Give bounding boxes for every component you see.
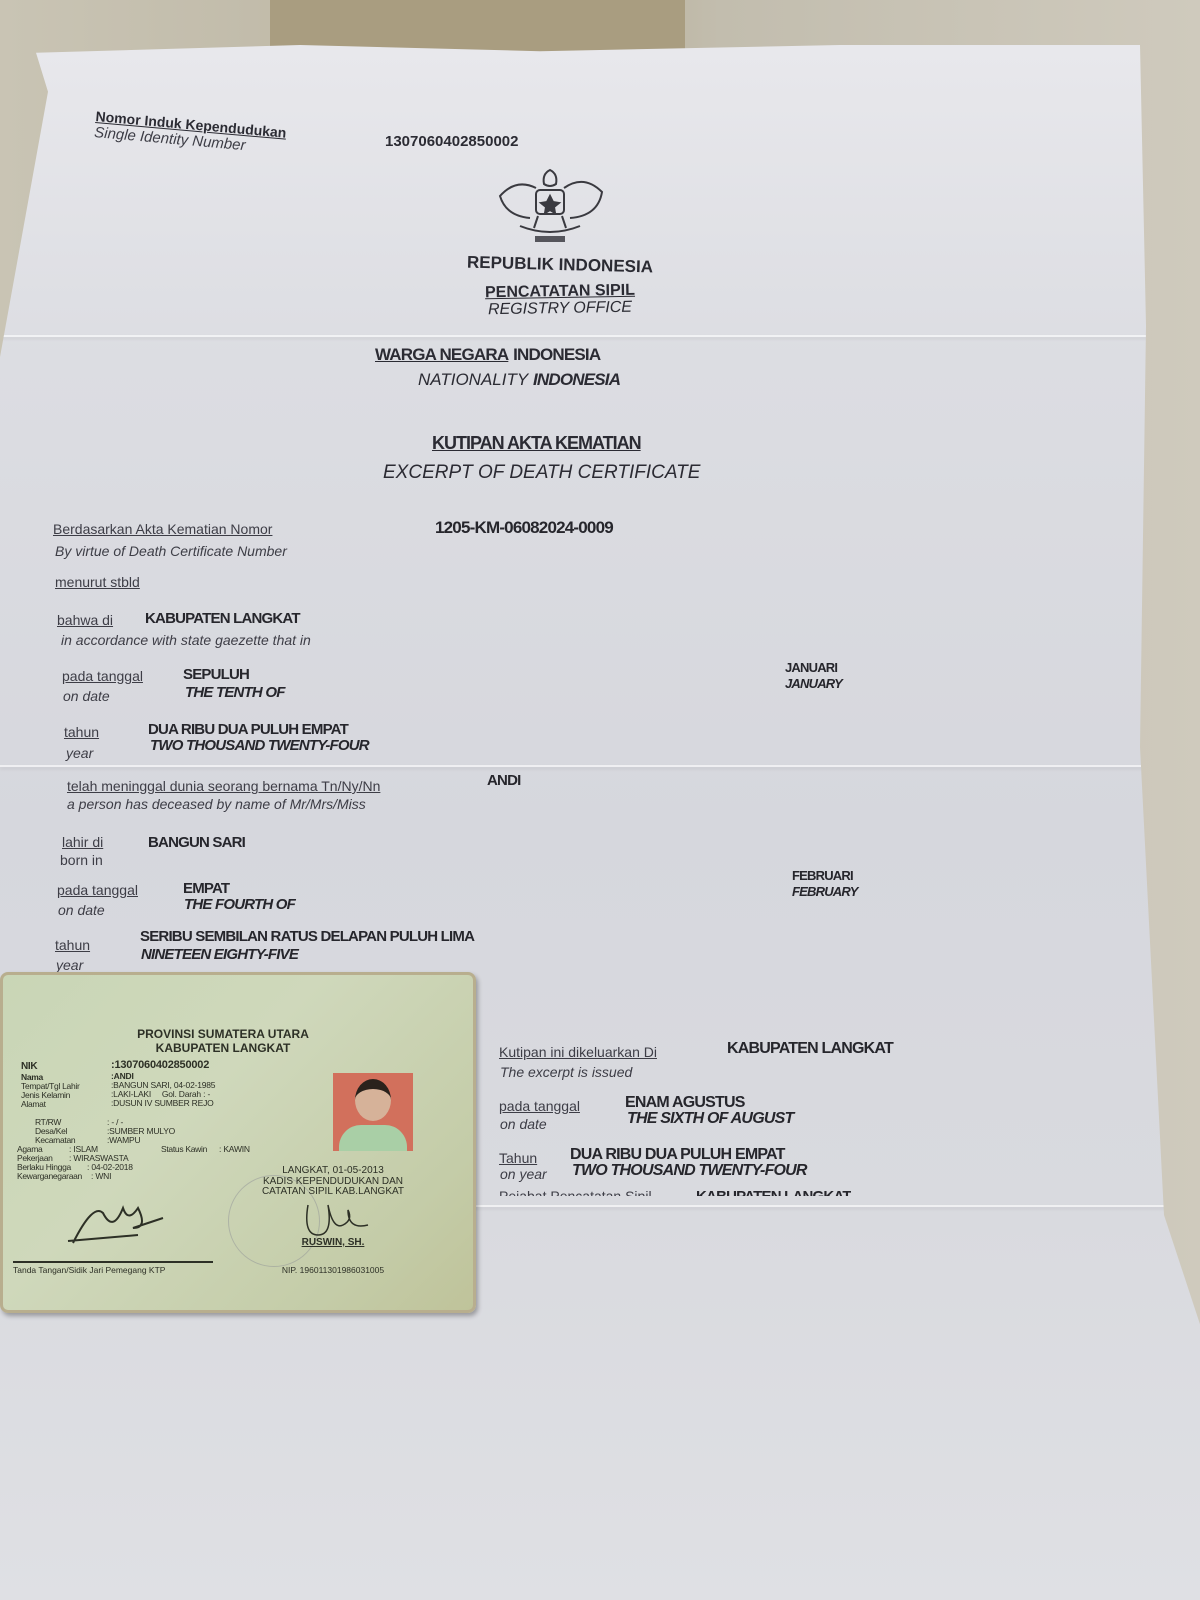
holder-photo [333, 1073, 413, 1151]
ktp-id-card: PROVINSI SUMATERA UTARA KABUPATEN LANGKA… [0, 972, 476, 1313]
issued-at-label: Kutipan ini dikeluarkan Di [499, 1044, 657, 1060]
official-label: Pejabat Pencatatan Sipil [499, 1188, 652, 1196]
death-date-value: SEPULUH [183, 666, 249, 683]
place-value: KABUPATEN LANGKAT [145, 610, 300, 627]
issued-at-value: KABUPATEN LANGKAT [727, 1040, 893, 1058]
name-label: telah meninggal dunia seorang bernama Tn… [67, 778, 380, 794]
fold-line [0, 335, 1200, 337]
issued-year-label-en: on year [500, 1166, 547, 1182]
birth-date-value: EMPAT [183, 880, 229, 897]
death-year-label: tahun [64, 724, 99, 740]
holder-signature-label: Tanda Tangan/Sidik Jari Pemegang KTP [13, 1265, 165, 1275]
name-value: ANDI [487, 772, 520, 789]
birth-date-label: pada tanggal [57, 882, 138, 898]
death-year-value-en: TWO THOUSAND TWENTY-FOUR [150, 737, 369, 754]
card-key: NIK [21, 1061, 37, 1072]
cert-number-value: 1205-KM-06082024-0009 [435, 518, 613, 538]
birth-year-value: SERIBU SEMBILAN RATUS DELAPAN PULUH LIMA [140, 928, 474, 945]
nationality-row: WARGA NEGARA INDONESIA [375, 345, 600, 365]
birth-year-label: tahun [55, 937, 90, 953]
issued-date-label: pada tanggal [499, 1098, 580, 1114]
death-certificate-paper [0, 45, 1200, 1600]
official-value: KABUPATEN LANGKAT [696, 1188, 851, 1196]
birth-place-label-en: born in [60, 852, 103, 868]
birth-month-en: FEBRUARY [792, 884, 858, 899]
death-date-label-en: on date [63, 688, 110, 704]
birth-place-label: lahir di [62, 834, 103, 850]
document-title: KUTIPAN AKTA KEMATIAN [432, 433, 641, 454]
place-label-en: in accordance with state gaezette that i… [61, 632, 311, 648]
stbld-label: menurut stbld [55, 574, 140, 590]
nationality-label: WARGA NEGARA [375, 345, 508, 364]
official-nip: NIP. 196011301986031005 [243, 1265, 423, 1275]
birth-date-value-en: THE FOURTH OF [184, 896, 295, 913]
cert-number-label-en: By virtue of Death Certificate Number [55, 543, 287, 559]
cert-number-label: Berdasarkan Akta Kematian Nomor [53, 521, 272, 537]
issued-at-label-en: The excerpt is issued [500, 1064, 632, 1080]
photo-body [339, 1125, 407, 1151]
garuda-emblem-icon [490, 160, 610, 250]
issued-date-label-en: on date [500, 1116, 547, 1132]
death-date-label: pada tanggal [62, 668, 143, 684]
death-month: JANUARI [785, 660, 837, 675]
death-date-value-en: THE TENTH OF [185, 684, 285, 701]
birth-year-label-en: year [56, 957, 83, 973]
nik-value: 1307060402850002 [385, 133, 518, 150]
nationality-value: INDONESIA [513, 345, 600, 364]
card-key: Kewarganegaraan [17, 1171, 82, 1181]
issued-year-value-en: TWO THOUSAND TWENTY-FOUR [572, 1162, 807, 1180]
issued-date-value-en: THE SIXTH OF AUGUST [627, 1110, 793, 1128]
document-title-en: EXCERPT OF DEATH CERTIFICATE [383, 462, 700, 484]
marital-label: Status Kawin [161, 1144, 207, 1154]
death-year-value: DUA RIBU DUA PULUH EMPAT [148, 721, 348, 738]
official-name: RUSWIN, SH. [263, 1237, 403, 1248]
name-label-en: a person has deceased by name of Mr/Mrs/… [67, 796, 366, 812]
fold-line [0, 765, 1200, 767]
nationality-value-en: INDONESIA [533, 370, 620, 389]
death-year-label-en: year [66, 745, 93, 761]
official-row-cutoff: Pejabat Pencatatan Sipil KABUPATEN LANGK… [499, 1188, 851, 1196]
signature-line [13, 1261, 213, 1263]
birth-month: FEBRUARI [792, 868, 853, 883]
card-province: PROVINSI SUMATERA UTARA [93, 1027, 353, 1041]
card-key: Alamat [21, 1099, 46, 1109]
issue-place-date: LANGKAT, 01-05-2013 [243, 1165, 423, 1176]
card-regency: KABUPATEN LANGKAT [93, 1041, 353, 1055]
holder-signature [63, 1193, 173, 1253]
card-value: :DUSUN IV SUMBER REJO [111, 1098, 214, 1108]
nationality-row-en: NATIONALITY INDONESIA [418, 370, 620, 390]
birth-place-value: BANGUN SARI [148, 834, 245, 851]
nationality-label-en: NATIONALITY [418, 370, 528, 389]
birth-year-value-en: NINETEEN EIGHTY-FIVE [141, 946, 298, 963]
marital-value: : KAWIN [219, 1144, 250, 1154]
card-value: :WAMPU [107, 1135, 140, 1145]
card-value: : WNI [91, 1171, 111, 1181]
place-label: bahwa di [57, 612, 113, 628]
birth-date-label-en: on date [58, 902, 105, 918]
card-value-nik: :1307060402850002 [111, 1059, 209, 1071]
photo-head [355, 1079, 391, 1121]
issued-year-label: Tahun [499, 1150, 537, 1166]
death-month-en: JANUARY [785, 676, 842, 691]
